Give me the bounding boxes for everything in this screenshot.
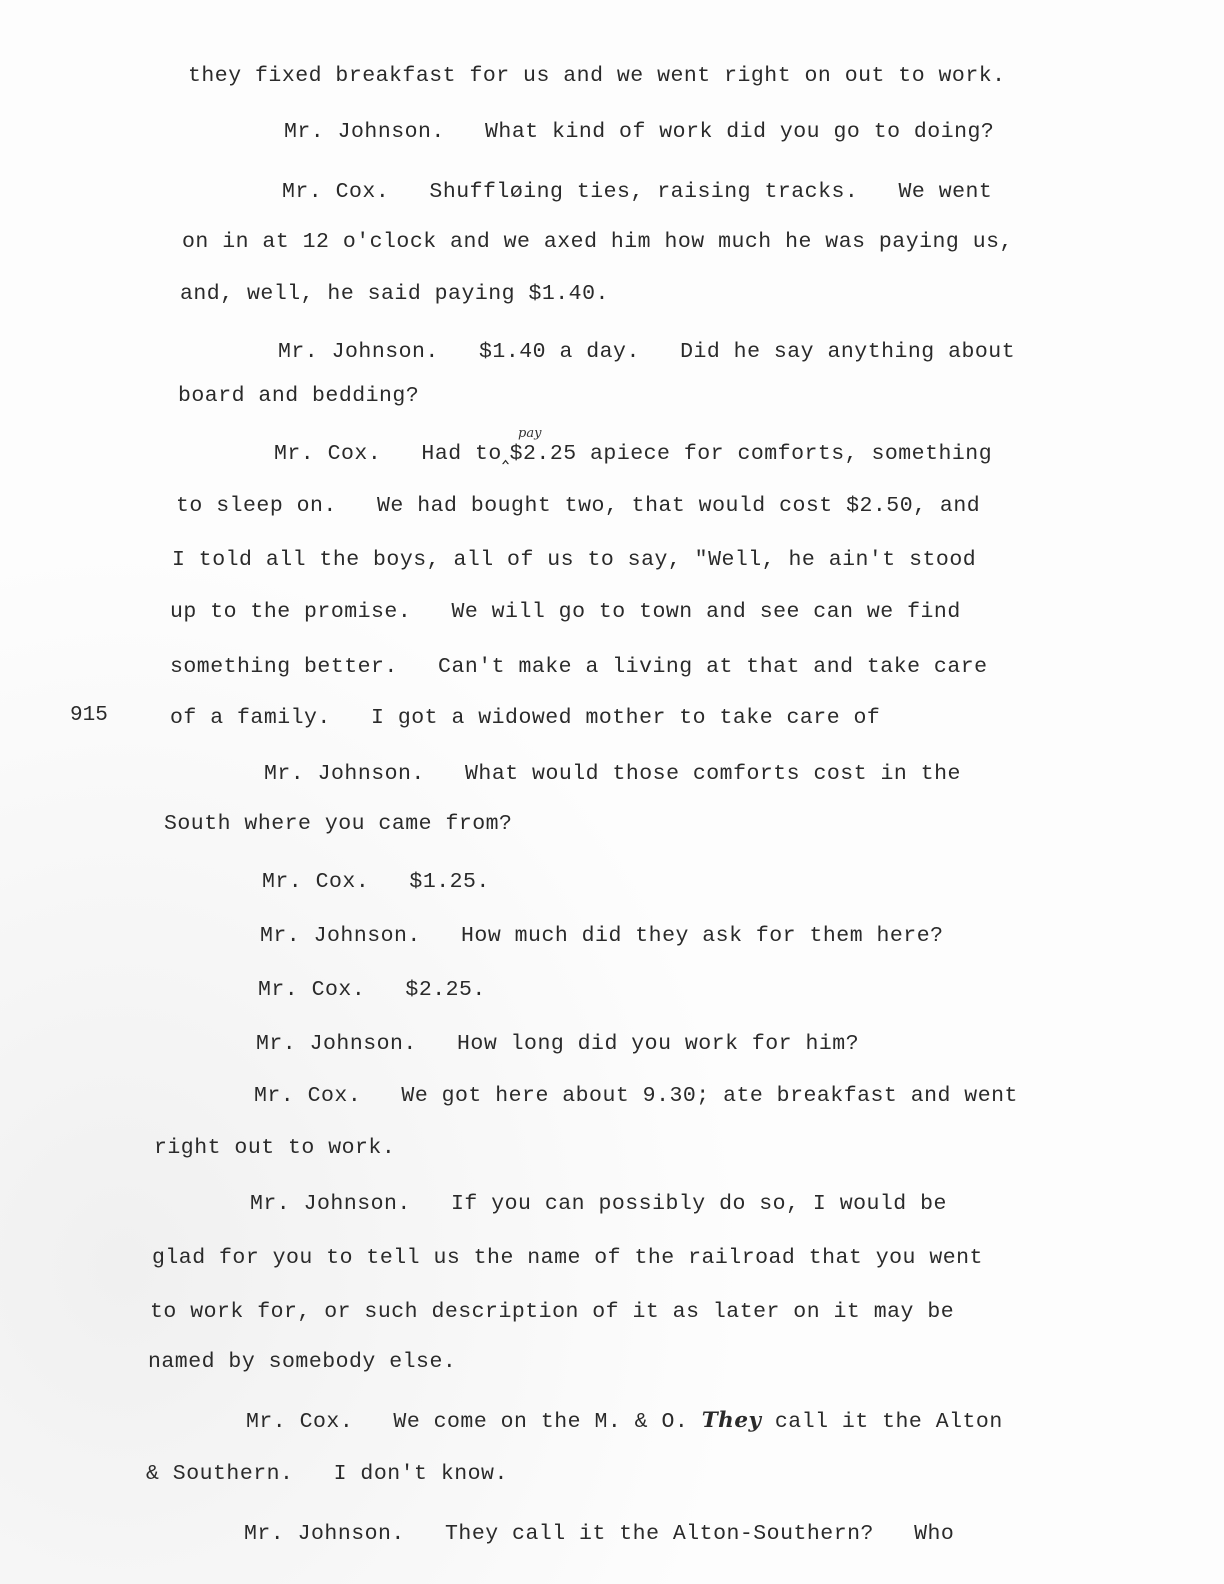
text-line: to sleep on. We had bought two, that wou… xyxy=(176,494,980,518)
text-line: named by somebody else. xyxy=(148,1350,456,1374)
text-line: I told all the boys, all of us to say, "… xyxy=(172,548,976,572)
handwritten-interlineation: pay xyxy=(518,426,541,441)
text-line: board and bedding? xyxy=(178,384,419,408)
text-line: Mr. Cox. Had to‸$2.25 apiece for comfort… xyxy=(274,440,992,466)
text-line: up to the promise. We will go to town an… xyxy=(170,600,961,624)
text-line: Mr. Johnson. What kind of work did you g… xyxy=(284,120,994,144)
text-line: Mr. Johnson. They call it the Alton-Sout… xyxy=(244,1522,954,1546)
text-line: and, well, he said paying $1.40. xyxy=(180,282,609,306)
text-line: Mr. Johnson. $1.40 a day. Did he say any… xyxy=(278,340,1015,364)
text-line: Mr. Cox. We got here about 9.30; ate bre… xyxy=(254,1084,1018,1108)
text-line: South where you came from? xyxy=(164,812,512,836)
handwritten-correction: They xyxy=(702,1408,762,1433)
text-line: & Southern. I don't know. xyxy=(146,1462,508,1486)
text-line: to work for, or such description of it a… xyxy=(150,1300,954,1324)
text-line: of a family. I got a widowed mother to t… xyxy=(170,706,880,730)
text-segment: Mr. Cox. We come on the M. & O. xyxy=(246,1410,688,1434)
text-line: on in at 12 o'clock and we axed him how … xyxy=(182,230,1013,254)
text-segment: call it the Alton xyxy=(762,1410,1003,1434)
text-line: right out to work. xyxy=(154,1136,395,1160)
text-line: Mr. Cox. We come on the M. & O. They cal… xyxy=(246,1408,1003,1434)
margin-page-number: 915 xyxy=(70,704,108,727)
text-line: Mr. Cox. $1.25. xyxy=(262,870,490,894)
text-line: Mr. Cox. Shuffløing ties, raising tracks… xyxy=(282,180,992,204)
document-page: 915 pay they fixed breakfast for us and … xyxy=(0,0,1224,1584)
text-line: Mr. Johnson. If you can possibly do so, … xyxy=(250,1192,947,1216)
text-line: Mr. Cox. $2.25. xyxy=(258,978,486,1002)
text-line: Mr. Johnson. How much did they ask for t… xyxy=(260,924,944,948)
text-line: Mr. Johnson. How long did you work for h… xyxy=(256,1032,859,1056)
text-line: glad for you to tell us the name of the … xyxy=(152,1246,983,1270)
text-line: Mr. Johnson. What would those comforts c… xyxy=(264,762,961,786)
text-line: they fixed breakfast for us and we went … xyxy=(188,64,1006,88)
text-line: something better. Can't make a living at… xyxy=(170,655,988,679)
